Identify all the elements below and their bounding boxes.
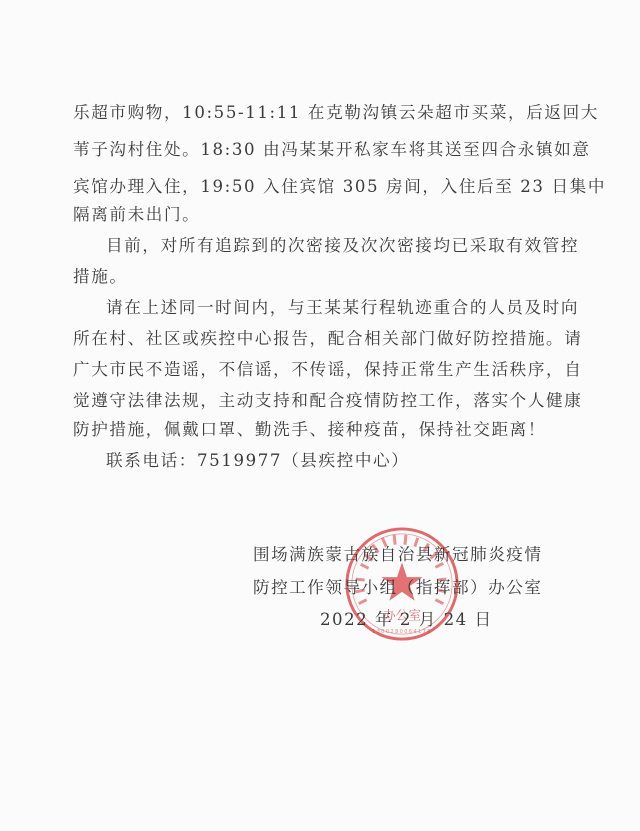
signature-org-line-1: 围场满族蒙古族自治县新冠肺炎疫情 (253, 545, 543, 565)
paragraph-3-line-2: 所在村、社区或疾控中心报告，配合相关部门做好防控措施。请 (73, 329, 582, 349)
paragraph-1-line-4: 隔离前未出门。 (73, 205, 200, 225)
paragraph-2-line-2: 措施。 (73, 267, 128, 287)
paragraph-1-line-2: 苇子沟村住处。18:30 由冯某某开私家车将其送至四合永镇如意 (73, 140, 591, 160)
paragraph-2-line-1: 目前，对所有追踪到的次密接及次次密接均已采取有效管控 (106, 236, 579, 256)
signature-org-line-2: 防控工作领导小组（指挥部）办公室 (253, 578, 543, 598)
document-page: 乐超市购物，10:55-11:11 在克勒沟镇云朵超市买菜，后返回大 苇子沟村住… (0, 0, 640, 831)
signature-date: 2022 年 2 月 24 日 (320, 610, 493, 630)
paragraph-3-line-3: 广大市民不造谣，不信谣，不传谣，保持正常生产生活秩序，自 (73, 360, 582, 380)
svg-text:1300280064178: 1300280064178 (372, 629, 432, 635)
paragraph-3-line-1: 请在上述同一时间内，与王某某行程轨迹重合的人员及时向 (106, 298, 579, 318)
contact-line: 联系电话：7519977（县疾控中心） (106, 451, 409, 471)
paragraph-1-line-3: 宾馆办理入住，19:50 入住宾馆 305 房间，入住后至 23 日集中 (73, 177, 606, 197)
paragraph-3-line-4: 觉遵守法律法规，主动支持和配合疫情防控工作，落实个人健康 (73, 391, 582, 411)
paragraph-3-line-5: 防护措施，佩戴口罩、勤洗手、接种疫苗，保持社交距离！ (73, 420, 546, 440)
paragraph-1-line-1: 乐超市购物，10:55-11:11 在克勒沟镇云朵超市买菜，后返回大 (73, 103, 599, 123)
